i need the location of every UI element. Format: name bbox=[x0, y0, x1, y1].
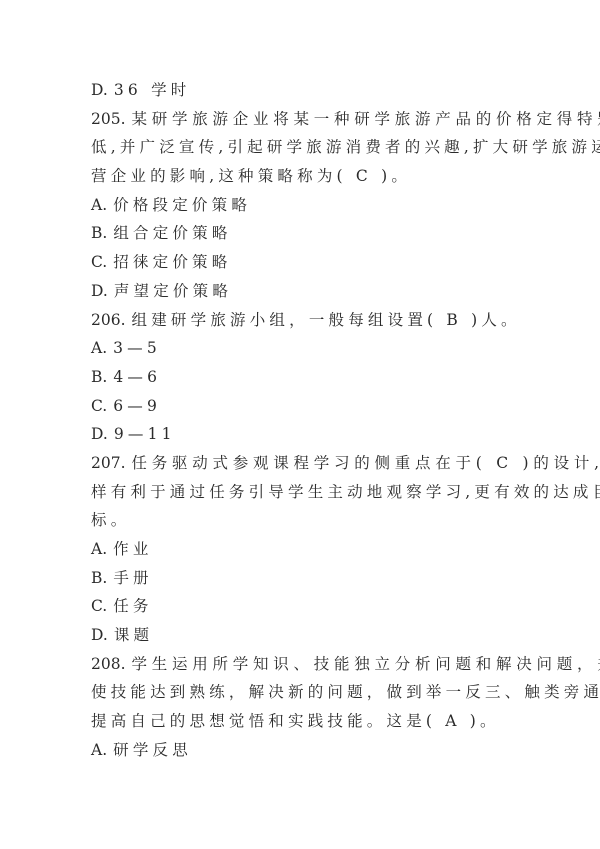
question-line: 208.学生运用所学知识、技能独立分析问题和解决问题，并 bbox=[91, 650, 509, 679]
option-text: 研学反思 bbox=[113, 741, 192, 759]
question-text: 某研学旅游企业将某一种研学旅游产品的价格定得特别 bbox=[132, 110, 600, 128]
option-label: D. bbox=[91, 420, 108, 449]
question-number: 208. bbox=[91, 655, 126, 673]
document-page: D.36 学时 205.某研学旅游企业将某一种研学旅游产品的价格定得特别 低,并… bbox=[91, 76, 509, 765]
option-label: B. bbox=[91, 219, 107, 248]
option-d-q204: D.36 学时 bbox=[91, 76, 509, 105]
option-text: 3—5 bbox=[113, 339, 161, 357]
option-text: 作业 bbox=[113, 540, 152, 558]
option-label: A. bbox=[91, 334, 107, 363]
option-b-q206: B.4—6 bbox=[91, 363, 509, 392]
question-number: 207. bbox=[91, 454, 126, 472]
question-line: 提高自己的思想觉悟和实践技能。这是( A )。 bbox=[91, 707, 509, 736]
option-label: A. bbox=[91, 535, 107, 564]
question-line: 206.组建研学旅游小组，一般每组设置( B )人。 bbox=[91, 306, 509, 335]
option-text: 课题 bbox=[114, 626, 153, 644]
option-b-q207: B.手册 bbox=[91, 564, 509, 593]
question-line: 低,并广泛宣传,引起研学旅游消费者的兴趣,扩大研学旅游运 bbox=[91, 133, 509, 162]
option-label: C. bbox=[91, 248, 107, 277]
option-text: 价格段定价策略 bbox=[113, 196, 251, 214]
option-c-q206: C.6—9 bbox=[91, 392, 509, 421]
option-text: 6—9 bbox=[113, 397, 161, 415]
option-text: 组合定价策略 bbox=[113, 224, 231, 242]
question-205: 205.某研学旅游企业将某一种研学旅游产品的价格定得特别 低,并广泛宣传,引起研… bbox=[91, 105, 509, 191]
question-207: 207.任务驱动式参观课程学习的侧重点在于( C )的设计,这 样有利于通过任务… bbox=[91, 449, 509, 535]
option-a-q207: A.作业 bbox=[91, 535, 509, 564]
option-label: D. bbox=[91, 76, 108, 105]
option-c-q205: C.招徕定价策略 bbox=[91, 248, 509, 277]
option-d-q206: D.9—11 bbox=[91, 420, 509, 449]
option-text: 4—6 bbox=[113, 368, 161, 386]
option-text: 手册 bbox=[113, 569, 152, 587]
question-number: 206. bbox=[91, 311, 126, 329]
option-d-q205: D.声望定价策略 bbox=[91, 277, 509, 306]
option-a-q208: A.研学反思 bbox=[91, 736, 509, 765]
option-b-q205: B.组合定价策略 bbox=[91, 219, 509, 248]
question-text: 任务驱动式参观课程学习的侧重点在于( C )的设计,这 bbox=[132, 454, 600, 472]
option-label: B. bbox=[91, 564, 107, 593]
option-text: 声望定价策略 bbox=[114, 282, 232, 300]
option-label: D. bbox=[91, 277, 108, 306]
question-208: 208.学生运用所学知识、技能独立分析问题和解决问题，并 使技能达到熟练，解决新… bbox=[91, 650, 509, 736]
option-c-q207: C.任务 bbox=[91, 592, 509, 621]
question-line: 样有利于通过任务引导学生主动地观察学习,更有效的达成目 bbox=[91, 478, 509, 507]
question-number: 205. bbox=[91, 110, 126, 128]
question-line: 205.某研学旅游企业将某一种研学旅游产品的价格定得特别 bbox=[91, 105, 509, 134]
option-a-q206: A.3—5 bbox=[91, 334, 509, 363]
option-text: 36 学时 bbox=[114, 81, 191, 99]
question-line: 营企业的影响,这种策略称为( C )。 bbox=[91, 162, 509, 191]
option-label: C. bbox=[91, 392, 107, 421]
question-line: 207.任务驱动式参观课程学习的侧重点在于( C )的设计,这 bbox=[91, 449, 509, 478]
option-text: 招徕定价策略 bbox=[113, 253, 231, 271]
option-d-q207: D.课题 bbox=[91, 621, 509, 650]
option-label: D. bbox=[91, 621, 108, 650]
question-text: 组建研学旅游小组，一般每组设置( B )人。 bbox=[132, 311, 521, 329]
option-label: A. bbox=[91, 191, 107, 220]
option-label: A. bbox=[91, 736, 107, 765]
question-line: 使技能达到熟练，解决新的问题，做到举一反三、触类旁通， bbox=[91, 678, 509, 707]
option-label: B. bbox=[91, 363, 107, 392]
option-text: 9—11 bbox=[114, 425, 176, 443]
option-a-q205: A.价格段定价策略 bbox=[91, 191, 509, 220]
question-text: 学生运用所学知识、技能独立分析问题和解决问题，并 bbox=[132, 655, 600, 673]
option-text: 任务 bbox=[113, 597, 152, 615]
option-label: C. bbox=[91, 592, 107, 621]
question-206: 206.组建研学旅游小组，一般每组设置( B )人。 bbox=[91, 306, 509, 335]
question-line: 标。 bbox=[91, 506, 509, 535]
